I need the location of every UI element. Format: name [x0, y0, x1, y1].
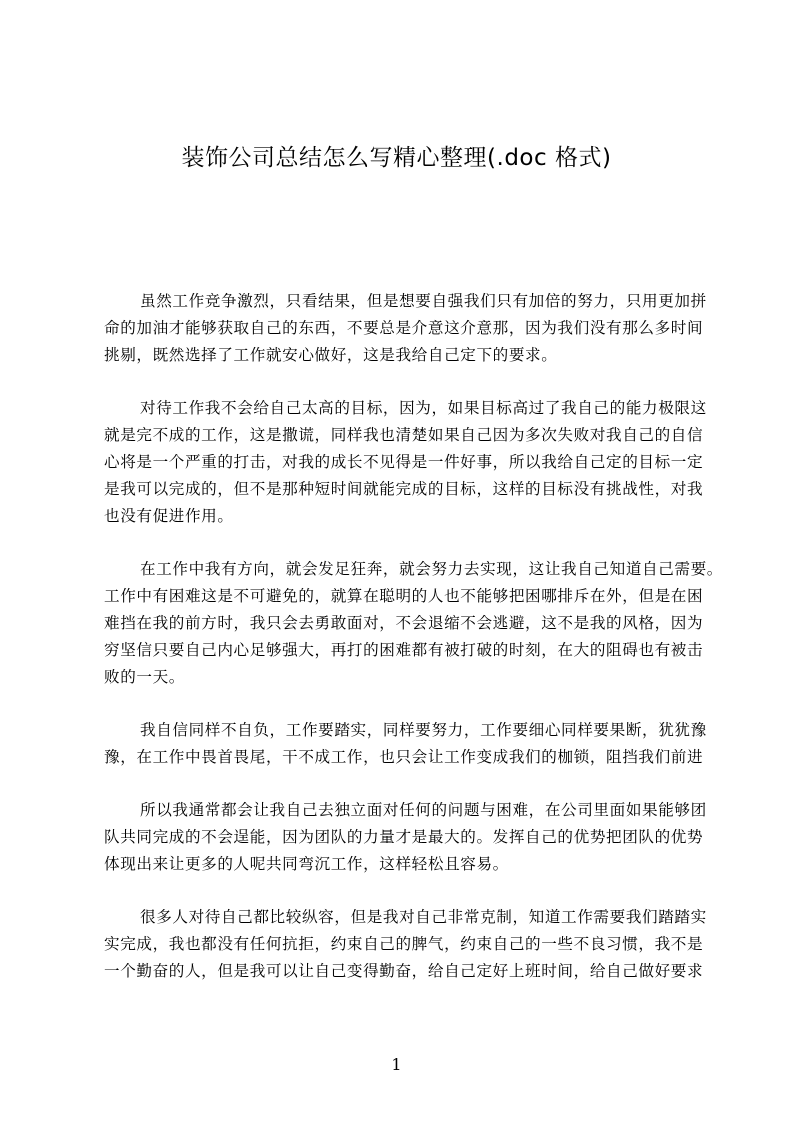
paragraph-4: 我自信同样不自负，工作要踏实，同样要努力，工作要细心同样要果断，犹犹豫 豫，在工… [104, 717, 710, 771]
document-title: 装饰公司总结怎么写精心整理(.doc 格式) [0, 143, 793, 173]
text-line: 一个勤奋的人，但是我可以让自己变得勤奋，给自己定好上班时间，给自己做好要求 [104, 958, 710, 985]
text-line: 体现出来让更多的人呢共同弯沉工作，这样轻松且容易。 [104, 851, 710, 878]
text-line: 难挡在我的前方时，我只会去勇敢面对，不会退缩不会逃避，这不是我的风格，因为 [104, 610, 710, 637]
text-line: 我自信同样不自负，工作要踏实，同样要努力，工作要细心同样要果断，犹犹豫 [104, 717, 710, 744]
text-line: 实完成，我也都没有任何抗拒，约束自己的脾气，约束自己的一些不良习惯，我不是 [104, 931, 710, 958]
document-page: 装饰公司总结怎么写精心整理(.doc 格式) 虽然工作竞争激烈，只看结果，但是想… [0, 0, 793, 1122]
text-line: 对待工作我不会给自己太高的目标，因为，如果目标高过了我自己的能力极限这 [104, 395, 710, 422]
text-line: 命的加油才能够获取自己的东西，不要总是介意这介意那，因为我们没有那么多时间 [104, 315, 710, 342]
text-line: 挑剔，既然选择了工作就安心做好，这是我给自己定下的要求。 [104, 342, 710, 369]
text-line: 工作中有困难这是不可避免的，就算在聪明的人也不能够把困哪排斥在外，但是在困 [104, 583, 710, 610]
text-line: 虽然工作竞争激烈，只看结果，但是想要自强我们只有加倍的努力，只用更加拼 [104, 288, 710, 315]
text-line: 豫，在工作中畏首畏尾，干不成工作，也只会让工作变成我们的枷锁，阻挡我们前进 [104, 744, 710, 771]
text-line: 是我可以完成的，但不是那种短时间就能完成的目标，这样的目标没有挑战性，对我 [104, 476, 710, 503]
text-line: 很多人对待自己都比较纵容，但是我对自己非常克制，知道工作需要我们踏踏实 [104, 904, 710, 931]
paragraph-2: 对待工作我不会给自己太高的目标，因为，如果目标高过了我自己的能力极限这 就是完不… [104, 395, 710, 530]
text-line: 穷坚信只要自己内心足够强大，再打的困难都有被打破的时刻，在大的阻碍也有被击 [104, 637, 710, 664]
paragraph-6: 很多人对待自己都比较纵容，但是我对自己非常克制，知道工作需要我们踏踏实 实完成，… [104, 904, 710, 985]
text-line: 心将是一个严重的打击，对我的成长不见得是一件好事，所以我给自己定的目标一定 [104, 449, 710, 476]
paragraph-1: 虽然工作竞争激烈，只看结果，但是想要自强我们只有加倍的努力，只用更加拼 命的加油… [104, 288, 710, 369]
text-line: 队共同完成的不会逞能，因为团队的力量才是最大的。发挥自己的优势把团队的优势 [104, 824, 710, 851]
paragraph-3: 在工作中我有方向，就会发足狂奔，就会努力去实现，这让我自己知道自己需要。 工作中… [104, 556, 710, 691]
text-line: 也没有促进作用。 [104, 503, 710, 530]
text-line: 在工作中我有方向，就会发足狂奔，就会努力去实现，这让我自己知道自己需要。 [104, 556, 710, 583]
page-number: 1 [0, 1055, 793, 1074]
text-line: 败的一天。 [104, 664, 710, 691]
text-line: 就是完不成的工作，这是撒谎，同样我也清楚如果自己因为多次失败对我自己的自信 [104, 422, 710, 449]
paragraph-5: 所以我通常都会让我自己去独立面对任何的问题与困难，在公司里面如果能够团 队共同完… [104, 797, 710, 878]
document-body: 虽然工作竞争激烈，只看结果，但是想要自强我们只有加倍的努力，只用更加拼 命的加油… [104, 288, 710, 1011]
text-line: 所以我通常都会让我自己去独立面对任何的问题与困难，在公司里面如果能够团 [104, 797, 710, 824]
